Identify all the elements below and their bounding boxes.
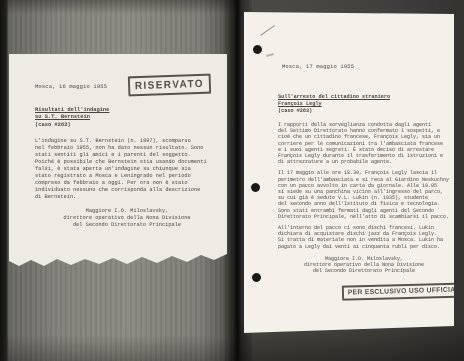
right-document: Mosca, 17 maggio 1955 Sull'arresto del c… (244, 12, 454, 333)
left-document-body: L'indagine su S.T. Bernstein (n. 1897), … (35, 138, 207, 201)
book-cover-edge (0, 0, 9, 361)
official-use-stamp: PER ESCLUSIVO USO UFFICIALE (342, 282, 464, 300)
left-case-number: (caso #283) (35, 122, 71, 128)
pencil-mark (260, 25, 274, 36)
left-title-line-2: su S.T. Bernstein (35, 114, 90, 120)
left-title-line-1: Risultati dell'indagine (35, 107, 109, 113)
left-document-title: Risultati dell'indagine su S.T. Bernstei… (35, 107, 109, 129)
right-case-number: (caso #283) (278, 108, 312, 114)
riservato-stamp: RISERVATO (128, 74, 211, 97)
hole-punch (253, 45, 262, 54)
right-title-line-1: Sull'arresto del cittadino straniero (278, 94, 390, 100)
right-title-line-2: François Legly (278, 101, 322, 107)
right-document-body: I rapporti della sorveglianza condotta d… (278, 122, 450, 274)
right-paragraph-1: I rapporti della sorveglianza condotta d… (278, 122, 450, 165)
right-document-title: Sull'arresto del cittadino straniero Fra… (278, 94, 390, 116)
hole-punch (252, 273, 261, 282)
right-document-date: Mosca, 17 maggio 1955 (282, 64, 354, 70)
left-document-date: Mosca, 16 maggio 1955 (35, 84, 107, 90)
right-signature-block: Maggiore I.O. Miloslavsky, direttore ope… (278, 256, 450, 275)
left-document: Mosca, 16 maggio 1955 RISERVATO Risultat… (9, 54, 227, 274)
hole-punch (251, 183, 260, 192)
left-signature-block: Maggiore I.O. Miloslavsky, direttore ope… (39, 208, 215, 229)
right-paragraph-3: All'interno del pacco ci sono dischi fra… (278, 225, 450, 250)
right-paragraph-2: Il 17 maggio alle ore 18.30, François Le… (278, 170, 450, 220)
pencil-smudge (266, 53, 274, 57)
